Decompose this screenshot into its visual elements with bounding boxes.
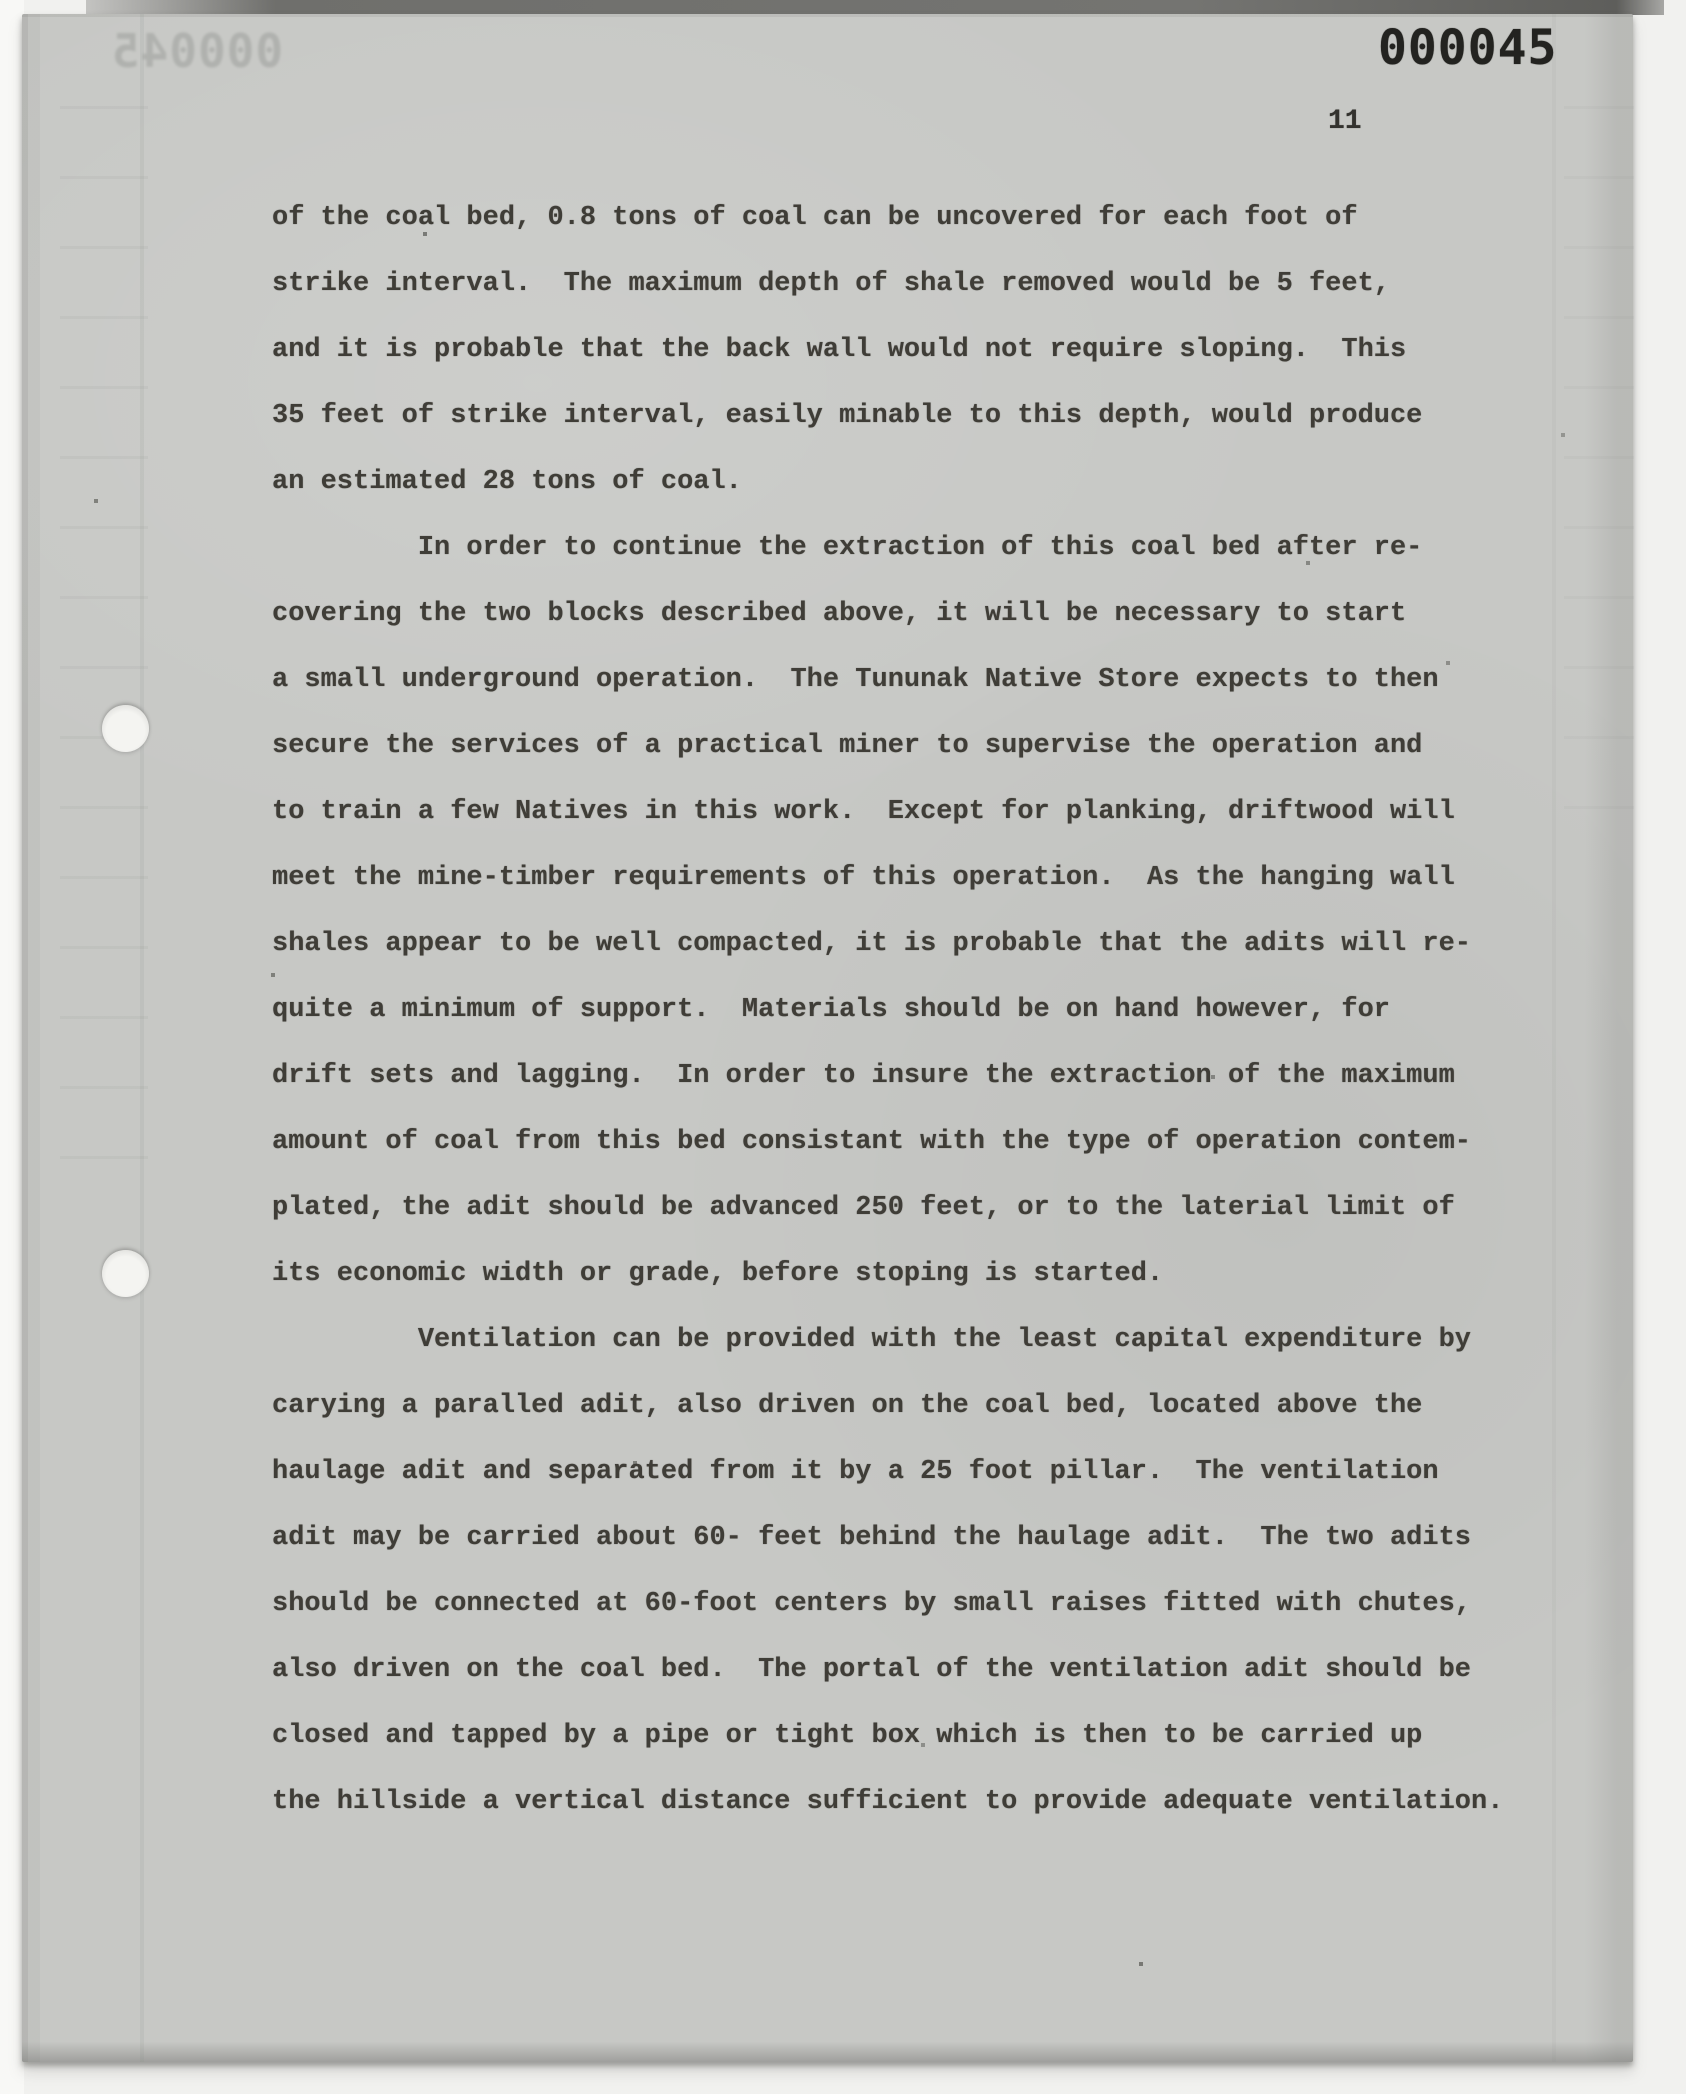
typewritten-line: closed and tapped by a pipe or tight box… bbox=[272, 1703, 1602, 1769]
scanned-document: 000045 000045 11 of the coal bed, 0.8 to… bbox=[0, 0, 1686, 2094]
typewritten-line: carying a paralled adit, also driven on … bbox=[272, 1373, 1602, 1439]
bleedthrough-lines-left bbox=[60, 106, 148, 1166]
typewritten-line: plated, the adit should be advanced 250 … bbox=[272, 1175, 1602, 1241]
paper-streak bbox=[140, 14, 144, 2062]
scan-edge-strip bbox=[86, 0, 1664, 15]
typewritten-line: and it is probable that the back wall wo… bbox=[272, 317, 1602, 383]
hole-punch-bottom bbox=[102, 1250, 149, 1297]
typewritten-line: In order to continue the extraction of t… bbox=[272, 515, 1602, 581]
dust-specks bbox=[22, 14, 24, 16]
typewritten-line: Ventilation can be provided with the lea… bbox=[272, 1307, 1602, 1373]
typewritten-line: a small underground operation. The Tunun… bbox=[272, 647, 1602, 713]
typewritten-line: the hillside a vertical distance suffici… bbox=[272, 1769, 1602, 1835]
typewritten-line: drift sets and lagging. In order to insu… bbox=[272, 1043, 1602, 1109]
document-page: 000045 000045 11 of the coal bed, 0.8 to… bbox=[22, 14, 1633, 2062]
typewritten-line: strike interval. The maximum depth of sh… bbox=[272, 251, 1602, 317]
typewritten-line: should be connected at 60-foot centers b… bbox=[272, 1571, 1602, 1637]
page-number: 11 bbox=[1328, 106, 1362, 137]
typewritten-line: an estimated 28 tons of coal. bbox=[272, 449, 1602, 515]
typewritten-line: secure the services of a practical miner… bbox=[272, 713, 1602, 779]
typewritten-line: adit may be carried about 60- feet behin… bbox=[272, 1505, 1602, 1571]
document-number-stamp: 000045 bbox=[1378, 20, 1557, 76]
typewritten-line: 35 feet of strike interval, easily minab… bbox=[272, 383, 1602, 449]
typewritten-line: amount of coal from this bed consistant … bbox=[272, 1109, 1602, 1175]
stamp-bleedthrough: 000045 bbox=[92, 24, 302, 78]
typewritten-line: haulage adit and separated from it by a … bbox=[272, 1439, 1602, 1505]
typewritten-line: meet the mine-timber requirements of thi… bbox=[272, 845, 1602, 911]
typewritten-line: of the coal bed, 0.8 tons of coal can be… bbox=[272, 185, 1602, 251]
typewritten-line: also driven on the coal bed. The portal … bbox=[272, 1637, 1602, 1703]
typewritten-line: shales appear to be well compacted, it i… bbox=[272, 911, 1602, 977]
typewritten-line: to train a few Natives in this work. Exc… bbox=[272, 779, 1602, 845]
typewritten-line: its economic width or grade, before stop… bbox=[272, 1241, 1602, 1307]
typewritten-line: covering the two blocks described above,… bbox=[272, 581, 1602, 647]
typewritten-text: of the coal bed, 0.8 tons of coal can be… bbox=[272, 185, 1602, 1835]
typewritten-line: quite a minimum of support. Materials sh… bbox=[272, 977, 1602, 1043]
hole-punch-top bbox=[102, 705, 149, 752]
